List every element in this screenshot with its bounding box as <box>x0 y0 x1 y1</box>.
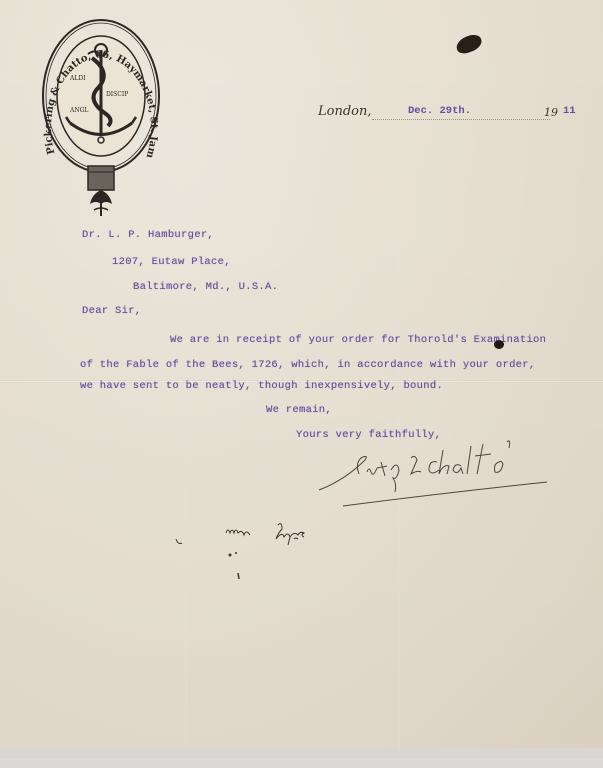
ink-stain <box>454 32 484 55</box>
recipient-street: 1207, Eutaw Place, <box>112 256 231 268</box>
anchor-dolphin-seal-icon: Pickering & Chatto, 66, Haymarket, St. J… <box>40 18 162 220</box>
pencil-notation-icon <box>170 515 320 585</box>
svg-text:ANGL: ANGL <box>69 107 88 114</box>
city-label: London, <box>318 104 372 119</box>
scan-bottom-edge <box>0 748 603 758</box>
body-line-3: we have sent to be neatly, though inexpe… <box>80 380 443 392</box>
dateline: London, Dec. 29th. 19 11 <box>318 104 590 126</box>
svg-text:ALDI: ALDI <box>69 75 86 82</box>
year-suffix: 11 <box>563 105 576 117</box>
ink-spot <box>494 340 504 349</box>
recipient-city: Baltimore, Md., U.S.A. <box>133 281 278 293</box>
salutation: Dear Sir, <box>82 305 141 317</box>
recipient-name: Dr. L. P. Hamburger, <box>82 229 214 241</box>
body-line-1: We are in receipt of your order for Thor… <box>170 334 546 346</box>
handwritten-annotation <box>170 515 320 585</box>
fold-line-vertical-left <box>185 0 187 758</box>
body-line-2: of the Fable of the Bees, 1726, which, i… <box>80 359 535 371</box>
letterhead-emblem: Pickering & Chatto, 66, Haymarket, St. J… <box>40 18 162 220</box>
year-prefix: 19 <box>544 106 558 119</box>
letter-page: Pickering & Chatto, 66, Haymarket, St. J… <box>0 0 603 758</box>
signature-scrawl-icon <box>315 440 575 510</box>
date-value: Dec. 29th. <box>408 105 471 117</box>
date-dotted-line <box>372 119 550 120</box>
handwritten-signature <box>315 440 575 510</box>
svg-text:DISCIP: DISCIP <box>106 91 128 98</box>
closing-line-1: We remain, <box>266 404 332 416</box>
